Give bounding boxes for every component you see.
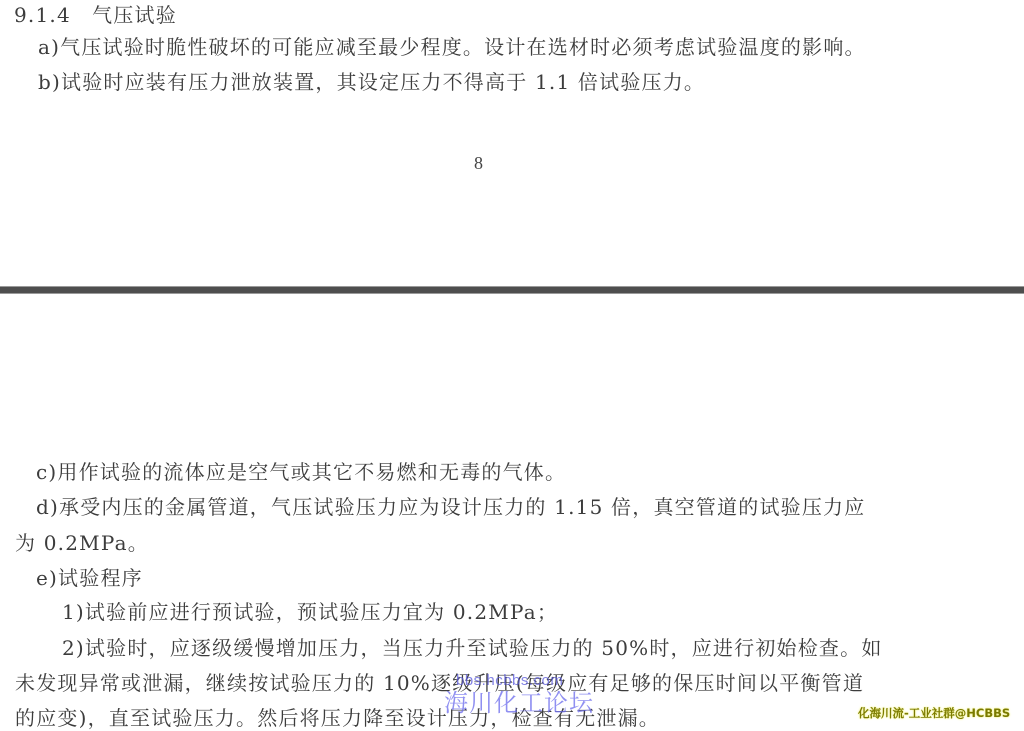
section-heading: 9.1.4 气压试验 — [14, 3, 177, 27]
page-number: 8 — [474, 153, 483, 173]
paragraph-e-heading: e)试验程序 — [36, 566, 143, 590]
step-1: 1)试验前应进行预试验，预试验压力宜为 0.2MPa； — [62, 600, 558, 624]
paragraph-d-line1: d)承受内压的金属管道，气压试验压力应为设计压力的 1.15 倍，真空管道的试验… — [36, 495, 865, 519]
paragraph-b: b)试验时应装有压力泄放装置，其设定压力不得高于 1.1 倍试验压力。 — [38, 70, 705, 94]
watermark-url: bbs.hcbbs.com — [456, 672, 563, 690]
watermark-forum-name: 海川化工论坛 — [444, 689, 594, 717]
paragraph-a: a)气压试验时脆性破坏的可能应减至最少程度。设计在选材时必须考虑试验温度的影响。 — [38, 35, 866, 59]
page-break-divider — [0, 286, 1024, 294]
watermark-corner: 化海川流-工业社群@HCBBS — [858, 705, 1010, 721]
step-2-line1: 2)试验时，应逐级缓慢增加压力，当压力升至试验压力的 50%时，应进行初始检查。… — [62, 636, 883, 660]
paragraph-d-line2: 为 0.2MPa。 — [15, 531, 149, 555]
step-2-line2: 未发现异常或泄漏，继续按试验压力的 10%逐级升压(每级应有足够的保压时间以平衡… — [15, 671, 864, 695]
paragraph-c: c)用作试验的流体应是空气或其它不易燃和无毒的气体。 — [36, 460, 566, 484]
